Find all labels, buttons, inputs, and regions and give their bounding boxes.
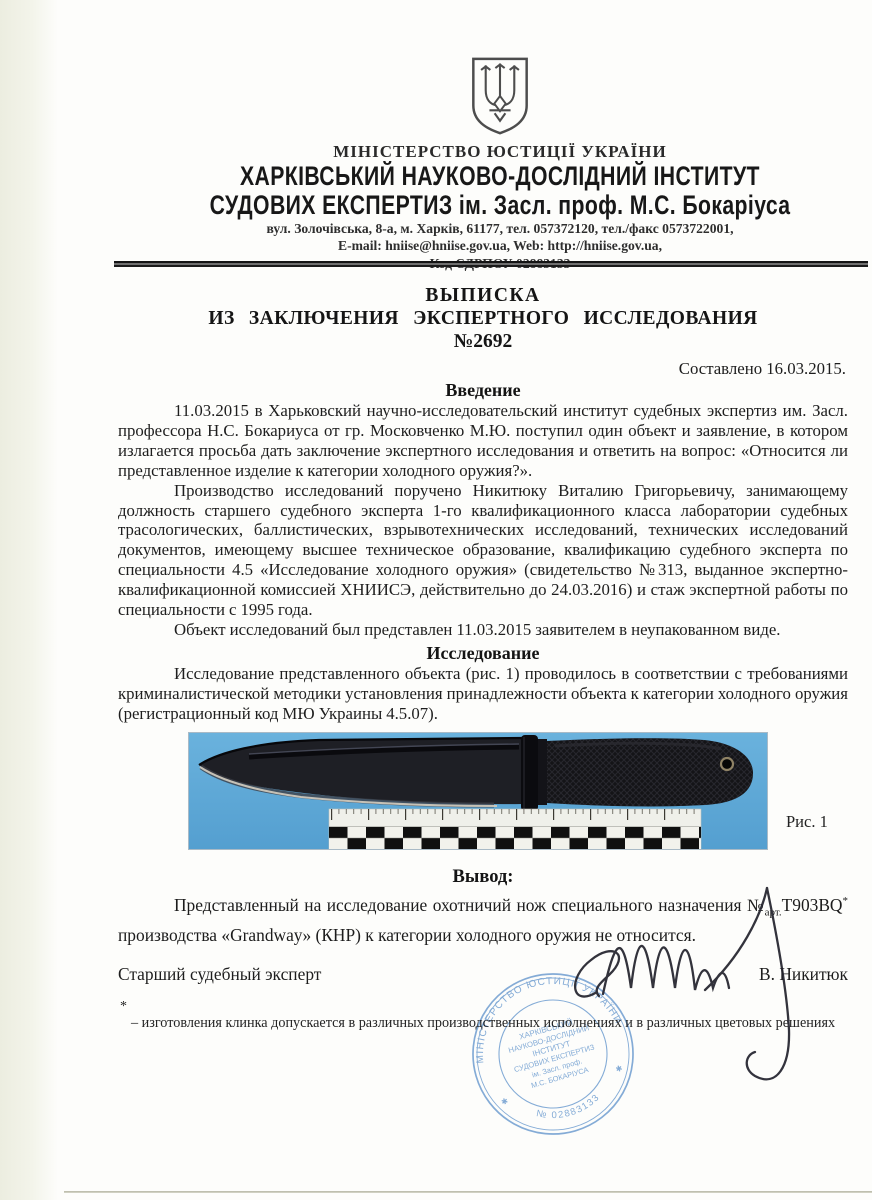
knife-guard — [521, 735, 547, 811]
scale-ruler — [329, 809, 701, 849]
letterhead: МІНІСТЕРСТВО ЮСТИЦІЇ УКРАЇНИ ХАРКІВСЬКИЙ… — [120, 56, 872, 273]
knife-handle — [547, 738, 753, 806]
footnote-text: – изготовления клинка допускается в разл… — [118, 1013, 848, 1033]
header-divider — [114, 261, 868, 267]
introduction-paragraph-2: Производство исследований поручено Никит… — [118, 481, 848, 620]
stamp-star-left: ✱ — [500, 1096, 509, 1107]
stamp-center-line-6: М.С. БОКАРІУСА — [530, 1065, 589, 1090]
research-paragraph-1: Исследование представленного объекта (ри… — [118, 664, 848, 724]
institute-contacts: E-mail: hniise@hniise.gov.ua, Web: http:… — [120, 237, 872, 255]
signature-row: Старший судебный эксперт В. Никитюк — [118, 964, 848, 985]
footnote-reference: * — [843, 895, 849, 907]
scan-edge-artifact — [0, 0, 58, 1200]
conclusion-text-start: Представленный на исследование охотничий… — [174, 894, 765, 914]
scanned-document-page: МІНІСТЕРСТВО ЮСТИЦІЇ УКРАЇНИ ХАРКІВСЬКИЙ… — [0, 0, 872, 1200]
section-heading-research: Исследование — [118, 643, 848, 664]
compiled-date: Составлено 16.03.2015. — [118, 358, 848, 379]
ministry-name: МІНІСТЕРСТВО ЮСТИЦІЇ УКРАЇНИ — [120, 142, 872, 162]
stamp-ring-bottom-text: № 02883133 — [533, 1090, 605, 1128]
ukraine-coat-of-arms-icon — [469, 56, 531, 136]
document-type-title: ВЫПИСКА — [118, 284, 848, 307]
institute-name-line2: СУДОВИХ ЕКСПЕРТИЗ ім. Засл. проф. М.С. Б… — [120, 191, 872, 220]
figure-caption: Рис. 1 — [786, 812, 828, 832]
document-number: №2692 — [118, 330, 848, 353]
footnote: * – изготовления клинка допускается в ра… — [118, 1000, 848, 1033]
stamp-center-line-3: ІНСТИТУТ — [531, 1039, 571, 1058]
section-heading-conclusion: Вывод: — [118, 867, 848, 888]
knife-photograph — [188, 732, 768, 850]
stamp-star-right: ✱ — [615, 1064, 624, 1075]
scan-bottom-edge — [64, 1191, 872, 1193]
figure-1: Рис. 1 — [188, 732, 768, 852]
footnote-marker: * — [118, 1000, 848, 1013]
expert-role: Старший судебный эксперт — [118, 964, 321, 985]
institute-address: вул. Золочівська, 8-а, м. Харків, 61177,… — [120, 220, 872, 238]
conclusion-paragraph: Представленный на исследование охотничий… — [118, 890, 848, 948]
section-heading-introduction: Введение — [118, 380, 848, 401]
stamp-center-line-4: СУДОВИХ ЕКСПЕРТИЗ — [513, 1042, 596, 1074]
institute-name-line1: ХАРКІВСЬКИЙ НАУКОВО-ДОСЛІДНИЙ ІНСТИТУТ — [120, 162, 872, 191]
introduction-paragraph-1: 11.03.2015 в Харьковский научно-исследов… — [118, 401, 848, 481]
lanyard-hole — [721, 758, 733, 770]
conclusion-text-end: производства «Grandway» (КНР) к категори… — [118, 925, 696, 945]
document-subtitle: ИЗ ЗАКЛЮЧЕНИЯ ЭКСПЕРТНОГО ИССЛЕДОВАНИЯ — [118, 307, 848, 330]
document-body: ВЫПИСКА ИЗ ЗАКЛЮЧЕНИЯ ЭКСПЕРТНОГО ИССЛЕД… — [118, 284, 848, 1033]
svg-text:№ 02883133: № 02883133 — [533, 1090, 605, 1128]
introduction-paragraph-3: Объект исследований был представлен 11.0… — [118, 620, 848, 640]
stamp-center-line-5: ім. Засл. проф. — [531, 1056, 583, 1079]
expert-name: В. Никитюк — [759, 964, 848, 985]
article-number-subscript: арт. — [765, 906, 782, 918]
article-code: T903BQ — [782, 894, 843, 914]
